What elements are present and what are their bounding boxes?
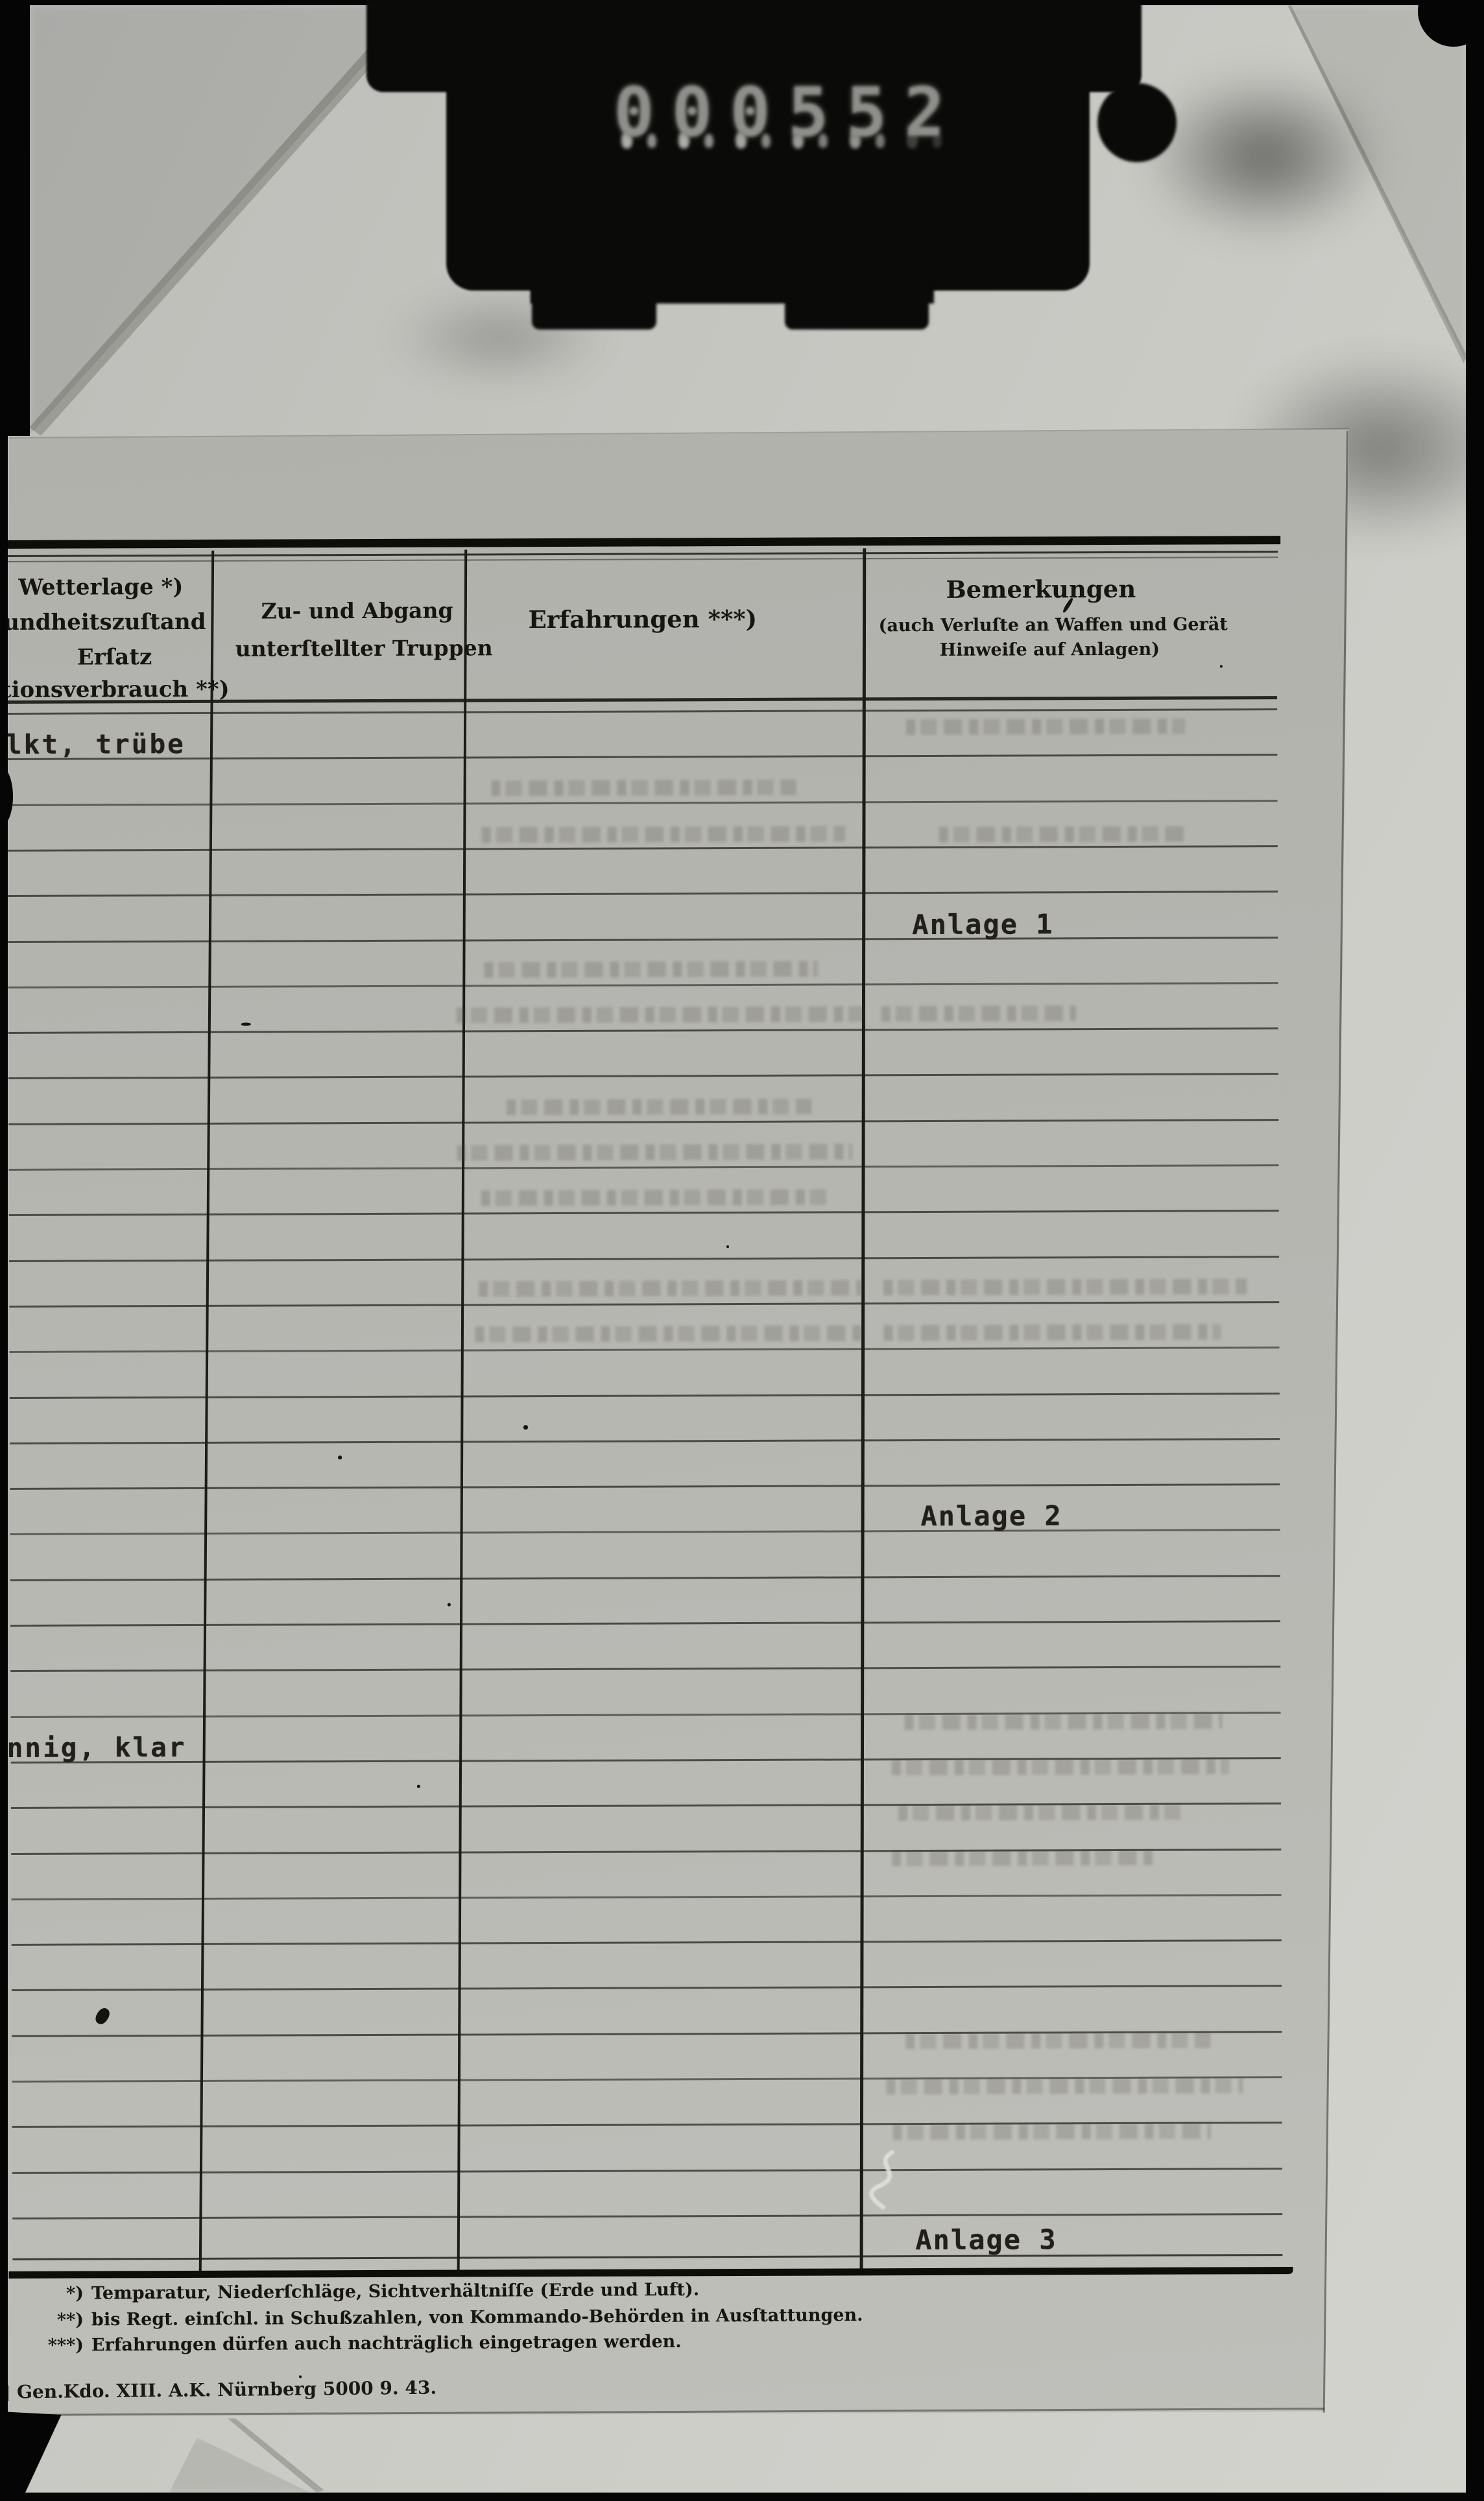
ink-speck [417, 1785, 420, 1788]
ghost-text-line [475, 1325, 864, 1342]
column-divider-2 [457, 549, 468, 2272]
ink-speck [523, 1425, 528, 1430]
header-col2-line2: unterſtellter Truppen [235, 635, 493, 661]
footnote-1: *)Temparatur, Niederſchläge, Sichtverhäl… [8, 2280, 699, 2304]
ghost-text-line [457, 1006, 872, 1023]
footnote-3-text: Erfahrungen dürfen auch nachträglich ein… [91, 2332, 682, 2356]
ink-speck [338, 1455, 342, 1459]
anlage-3-note: Anlage 3 [915, 2223, 1057, 2256]
row-line [9, 1256, 1279, 1262]
header-col4-sub1: (auch Verluſte an Waffen und Gerät [879, 614, 1228, 636]
footnote-1-marker: *) [8, 2283, 91, 2304]
row-line [10, 1438, 1280, 1444]
weather-entry-2: nnig, klar [7, 1732, 187, 1764]
row-line [12, 2213, 1282, 2220]
header-col1-line2: ſundheitszuſtand [0, 609, 206, 636]
row-line [12, 2168, 1282, 2174]
row-line [7, 754, 1277, 760]
ghost-text-line [892, 1850, 1158, 1866]
header-col2-line1: Zu- und Abgang [261, 598, 453, 624]
ghost-text-line [484, 961, 818, 978]
scan-edge-left-top [0, 0, 30, 436]
footnote-1-text: Temparatur, Niederſchläge, Sichtverhältn… [91, 2280, 699, 2304]
column-divider-1 [199, 551, 214, 2273]
row-line [10, 1575, 1280, 1581]
scan-edge-right [1466, 0, 1484, 2501]
row-line [10, 1529, 1280, 1535]
header-col4-title: Bemerkungen [946, 575, 1136, 604]
footnote-2-marker: **) [8, 2310, 91, 2330]
ghost-text-line [883, 1278, 1247, 1295]
column-divider-3 [860, 548, 867, 2271]
row-line [8, 1027, 1278, 1034]
ink-speck [726, 1245, 729, 1248]
table-last-row-line [12, 2254, 1282, 2260]
table-row-lines [0, 0, 1479, 3]
row-line [9, 1301, 1279, 1308]
weather-entry-1: ölkt, trübe [0, 728, 185, 760]
ink-specks [0, 0, 1479, 3]
row-line [9, 1164, 1279, 1171]
scan-edge-left [0, 436, 8, 2501]
ghost-text-line [905, 2032, 1210, 2049]
ghost-text-line [886, 2077, 1243, 2094]
anlage-2-note: Anlage 2 [920, 1500, 1062, 1532]
table-top-rule-1 [5, 551, 1278, 557]
ghost-text-line [482, 826, 845, 843]
scan-edge-bottom [0, 2493, 1484, 2501]
ghost-text-line [906, 719, 1185, 736]
diary-table: Wetterlage *) ſundheitszuſtand Erſatz it… [0, 0, 1484, 2501]
header-col3-label: Erfahrungen ***) [529, 604, 758, 634]
ghost-text-line [939, 826, 1186, 843]
ghost-text-line [898, 1804, 1184, 1821]
ink-speck [1220, 665, 1223, 667]
anlage-1-note: Anlage 1 [912, 908, 1053, 940]
row-line [8, 982, 1278, 988]
row-line [8, 1073, 1278, 1079]
row-line [8, 800, 1278, 806]
printer-imprint: Gen.Kdo. XIII. A.K. Nürnberg 5000 9. 43. [17, 2377, 437, 2403]
ghost-text-line [904, 1713, 1222, 1730]
ghost-text-line [881, 1005, 1076, 1022]
table-top-border [4, 536, 1280, 549]
row-line [10, 1483, 1280, 1490]
ink-speck [241, 1023, 251, 1026]
row-line [9, 1210, 1279, 1216]
ink-speck [299, 2375, 302, 2378]
row-line [8, 937, 1278, 943]
header-col1-line4: itionsverbrauch **) [0, 676, 230, 703]
row-line [8, 845, 1278, 852]
row-line [10, 1620, 1280, 1627]
ghost-text-line [479, 1280, 861, 1297]
ink-speck [93, 2006, 112, 2027]
ink-speck [448, 1603, 451, 1607]
scanned-war-diary-page: 000552 Wetterlage *) ſundheitszuſtand Er… [0, 0, 1484, 2501]
table-top-rule-2 [5, 556, 1278, 562]
ghost-text-line [883, 1324, 1221, 1341]
ghost-text-line [457, 1143, 852, 1160]
white-crease-mark [856, 2150, 915, 2215]
typed-entries: ölkt, trübeAnlage 1Anlage 2nnig, klarAnl… [0, 0, 1479, 3]
header-col1-line1: Wetterlage *) [18, 574, 183, 601]
row-line [10, 1393, 1280, 1399]
row-line [8, 1119, 1278, 1125]
bleed-through-text [0, 0, 1479, 3]
header-col4-sub2: Hinweiſe auf Anlagen) [940, 640, 1160, 660]
ghost-text-line [507, 1099, 811, 1116]
row-line [10, 1346, 1280, 1353]
ghost-text-line [893, 2123, 1211, 2140]
row-line [7, 708, 1277, 715]
ghost-text-line [892, 1758, 1229, 1775]
row-line [8, 891, 1278, 897]
row-line [10, 1666, 1280, 1672]
footnote-3-marker: ***) [8, 2335, 91, 2356]
ghost-text-line [491, 780, 796, 796]
header-col1-line3: Erſatz [77, 644, 152, 670]
ghost-text-line [481, 1190, 832, 1206]
footnote-3: ***)Erfahrungen dürfen auch nachträglich… [8, 2332, 682, 2356]
